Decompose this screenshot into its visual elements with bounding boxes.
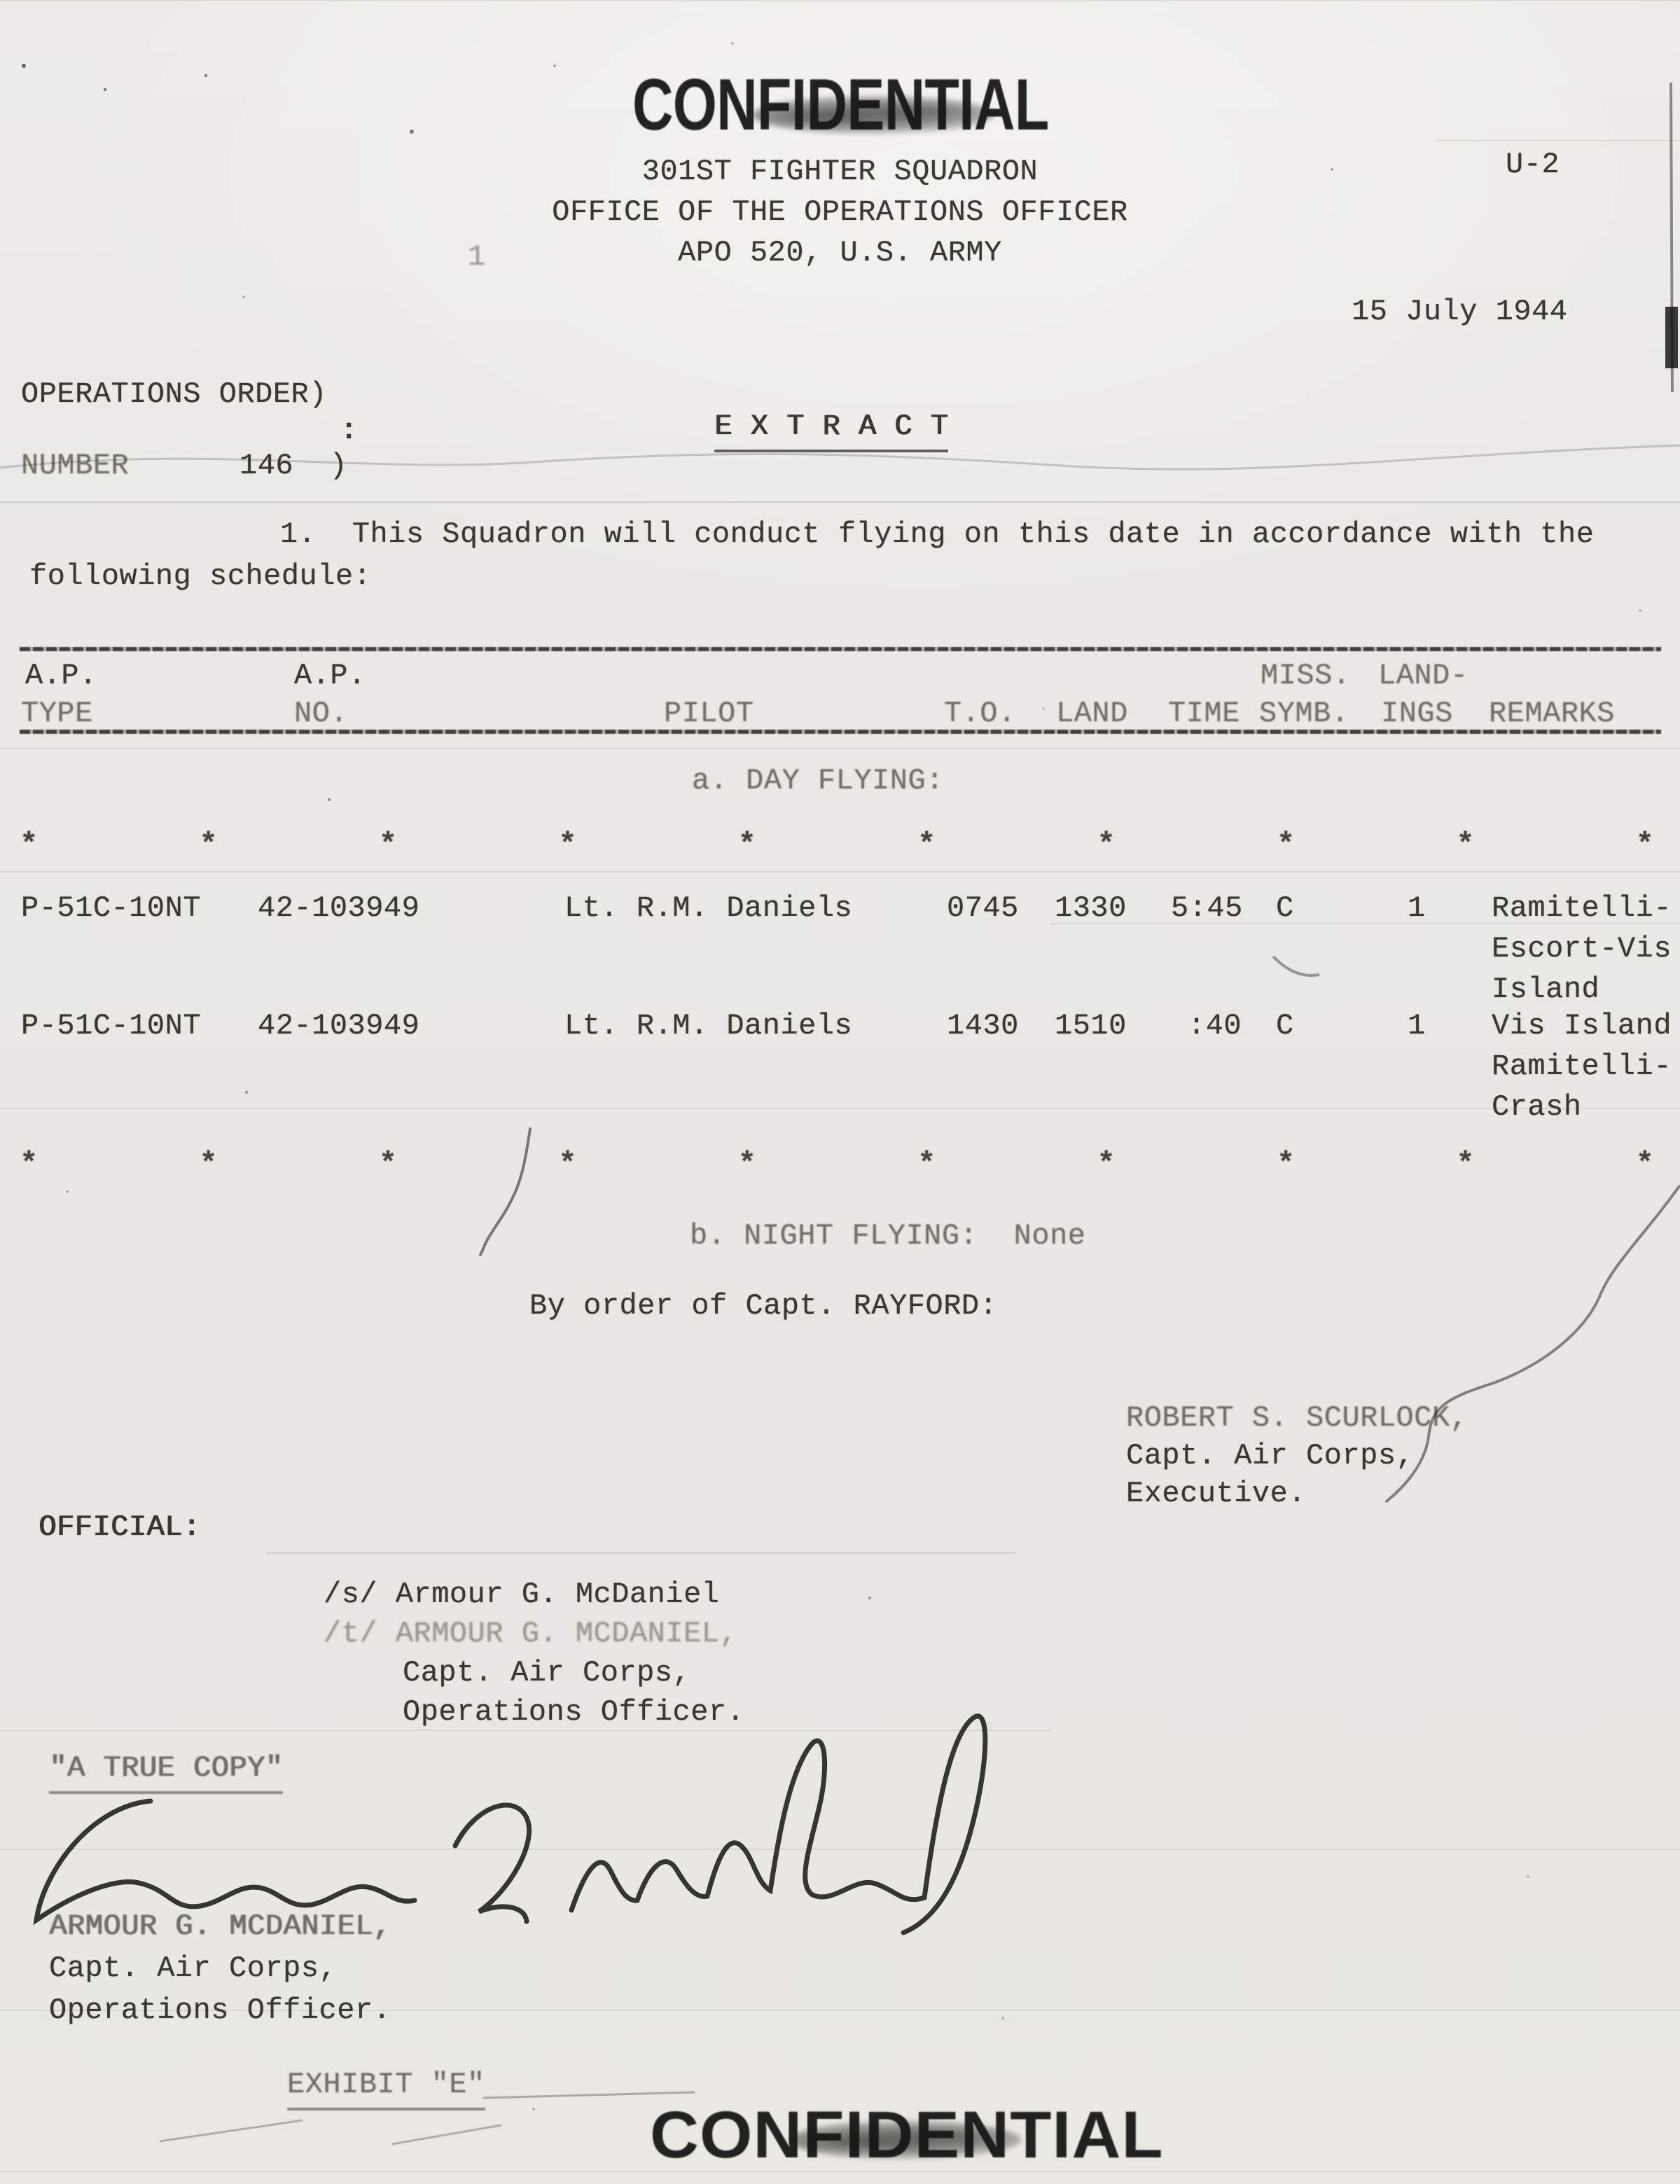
col-header-ings: INGS bbox=[1381, 693, 1453, 734]
true-copy-rank: Capt. Air Corps, bbox=[49, 1948, 337, 1989]
row2-landings: 1 bbox=[1408, 1006, 1426, 1046]
row1-ap-type: P-51C-10NT bbox=[21, 888, 201, 928]
section-a-day-flying: a. DAY FLYING: bbox=[692, 760, 944, 801]
col-header-remarks: REMARKS bbox=[1489, 693, 1615, 734]
operations-order-label: OPERATIONS ORDER) bbox=[21, 374, 327, 415]
official-signed-line: /s/ Armour G. McDaniel bbox=[324, 1574, 720, 1615]
order-number-value: 146 ) bbox=[239, 445, 347, 486]
row2-ap-type: P-51C-10NT bbox=[21, 1006, 201, 1046]
row1-mission-symbol: C bbox=[1276, 888, 1294, 928]
row1-landings: 1 bbox=[1408, 888, 1426, 928]
row2-remarks: Vis Island Ramitelli- Crash bbox=[1492, 1006, 1672, 1127]
overstamp-smudge-bottom bbox=[790, 2120, 1021, 2159]
col-header-type: TYPE bbox=[21, 693, 93, 734]
col-header-to: T.O. bbox=[944, 693, 1016, 734]
scan-line bbox=[0, 748, 1680, 749]
true-copy-title: Operations Officer. bbox=[49, 1990, 391, 2031]
col-header-pilot: PILOT bbox=[664, 693, 754, 734]
row2-takeoff: 1430 bbox=[947, 1006, 1019, 1046]
row1-takeoff: 0745 bbox=[947, 888, 1019, 928]
col-header-land-top: LAND- bbox=[1378, 655, 1469, 696]
scan-line bbox=[0, 871, 1680, 872]
row1-remarks: Ramitelli- Escort-Vis Island bbox=[1492, 888, 1672, 1010]
signer-name: ROBERT S. SCURLOCK, bbox=[1126, 1398, 1468, 1438]
row2-land: 1510 bbox=[1055, 1006, 1127, 1046]
col-header-symb: SYMB. bbox=[1259, 693, 1349, 734]
scan-line bbox=[266, 1552, 1015, 1554]
col-header-no: NO. bbox=[294, 693, 348, 734]
asterisk-divider-row: ********** bbox=[20, 828, 1680, 863]
extract-title: E X T R A C T bbox=[714, 406, 948, 452]
official-typed-line: /t/ ARMOUR G. MCDANIEL, bbox=[324, 1613, 737, 1654]
row1-land: 1330 bbox=[1055, 888, 1127, 928]
true-copy-label: "A TRUE COPY" bbox=[49, 1748, 283, 1794]
scan-line bbox=[0, 1108, 1680, 1109]
row1-pilot: Lt. R.M. Daniels bbox=[564, 888, 852, 928]
official-title: Operations Officer. bbox=[403, 1692, 744, 1732]
letterhead-station: APO 520, U.S. ARMY bbox=[0, 232, 1680, 273]
section-b-night-flying: b. NIGHT FLYING: None bbox=[690, 1216, 1086, 1256]
row1-time: 5:45 bbox=[1171, 888, 1243, 928]
scan-line bbox=[0, 1849, 1680, 1850]
row2-mission-symbol: C bbox=[1276, 1006, 1294, 1046]
col-header-miss: MISS. bbox=[1261, 655, 1351, 696]
paragraph1-line1: 1. This Squadron will conduct flying on … bbox=[280, 514, 1594, 555]
letterhead-office: OFFICE OF THE OPERATIONS OFFICER bbox=[0, 192, 1680, 232]
col-header-land: LAND bbox=[1056, 693, 1128, 734]
official-rank: Capt. Air Corps, bbox=[403, 1653, 690, 1693]
row2-ap-no: 42-103949 bbox=[258, 1006, 419, 1046]
table-header-rule bbox=[20, 730, 1661, 734]
by-order-line: By order of Capt. RAYFORD: bbox=[529, 1286, 997, 1326]
official-label: OFFICIAL: bbox=[39, 1507, 200, 1547]
letterhead-unit: 301ST FIGHTER SQUADRON bbox=[0, 151, 1680, 192]
row1-ap-no: 42-103949 bbox=[258, 888, 419, 928]
signer-rank: Capt. Air Corps, bbox=[1126, 1435, 1414, 1476]
col-header-time: TIME bbox=[1168, 693, 1240, 734]
exhibit-label: EXHIBIT "E" bbox=[287, 2064, 485, 2110]
col-header-ap-type-top: A.P. bbox=[25, 655, 97, 696]
scan-line bbox=[0, 501, 1680, 503]
true-copy-name: ARMOUR G. MCDANIEL, bbox=[49, 1906, 391, 1947]
asterisk-divider-row: ********** bbox=[20, 1147, 1680, 1182]
signer-title: Executive. bbox=[1126, 1473, 1306, 1514]
overstamp-smudge-top bbox=[753, 95, 994, 134]
scanned-document-page: CONFIDENTIAL U-2 15 July 1944 1 301ST FI… bbox=[0, 0, 1680, 2184]
document-date: 15 July 1944 bbox=[1352, 291, 1567, 332]
table-top-rule bbox=[20, 647, 1661, 651]
row2-pilot: Lt. R.M. Daniels bbox=[564, 1006, 852, 1046]
col-header-ap-no-top: A.P. bbox=[294, 655, 366, 696]
scan-line bbox=[0, 0, 1680, 1]
row2-time: :40 bbox=[1188, 1006, 1242, 1046]
order-number-label: NUMBER bbox=[21, 445, 129, 486]
paragraph1-line2: following schedule: bbox=[29, 556, 371, 597]
scan-line bbox=[1436, 140, 1680, 141]
